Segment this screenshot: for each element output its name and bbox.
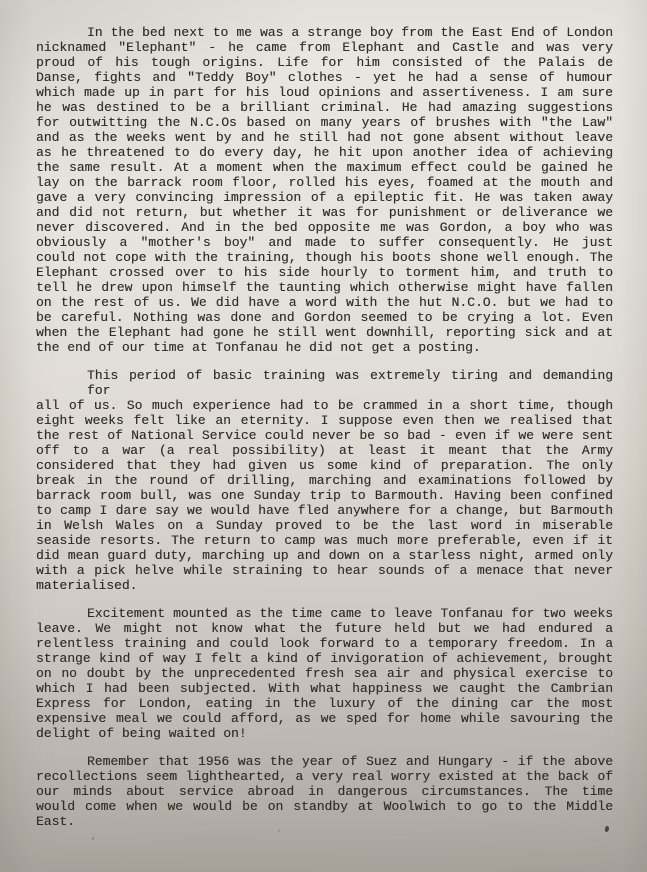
text-line: for outwitting the N.C.Os based on many … (36, 115, 613, 130)
text-line: Express for London, eating in the luxury… (36, 696, 613, 711)
text-line: the same result. At a moment when the ma… (36, 160, 613, 175)
text-line: be careful. Nothing was done and Gordon … (36, 310, 613, 325)
typewritten-text: In the bed next to me was a strange boy … (36, 25, 613, 829)
text-line: relentless training and could look forwa… (36, 636, 613, 651)
text-line: the rest of National Service could never… (36, 428, 613, 443)
text-line: as he threatened to do every day, he hit… (36, 145, 613, 160)
paragraph: Remember that 1956 was the year of Suez … (36, 754, 613, 829)
text-line: which made up in part for his loud opini… (36, 85, 613, 100)
text-line: leave. We might not know what the future… (36, 621, 613, 636)
text-line: to camp I dare say we would have fled an… (36, 503, 613, 518)
text-line: in Welsh Wales on a Sunday proved to be … (36, 518, 613, 533)
text-line: break in the round of drilling, marching… (36, 473, 613, 488)
text-line: on the rest of us. We did have a word wi… (36, 295, 613, 310)
text-line: considered that they had given us some k… (36, 458, 613, 473)
text-line: seaside resorts. The return to camp was … (36, 533, 613, 548)
text-line: could not cope with the training, though… (36, 250, 613, 265)
text-line: delight of being waited on! (36, 726, 613, 741)
text-line: on no doubt by the unprecedented fresh s… (36, 666, 613, 681)
text-line: Elephant crossed over to his side hourly… (36, 265, 613, 280)
text-line: when the Elephant had gone he still went… (36, 325, 613, 340)
text-line: eight weeks felt like an eternity. I sup… (36, 413, 613, 428)
text-line: recollections seem lighthearted, a very … (36, 769, 613, 784)
ink-speck (92, 837, 94, 840)
text-line: which I had been subjected. With what ha… (36, 681, 613, 696)
text-line: lay on the barrack room floor, rolled hi… (36, 175, 613, 190)
ink-speck (278, 829, 280, 832)
text-line: This period of basic training was extrem… (36, 368, 613, 398)
text-line: gave a very convincing impression of a e… (36, 190, 613, 205)
text-line: barrack room bull, was one Sunday trip t… (36, 488, 613, 503)
text-line: never discovered. And in the bed opposit… (36, 220, 613, 235)
document-page: In the bed next to me was a strange boy … (0, 0, 647, 872)
text-line: obviously a "mother's boy" and made to s… (36, 235, 613, 250)
text-line: nicknamed "Elephant" - he came from Elep… (36, 40, 613, 55)
text-line: all of us. So much experience had to be … (36, 398, 613, 413)
text-line: materialised. (36, 578, 613, 593)
text-line: Remember that 1956 was the year of Suez … (36, 754, 613, 769)
text-line: Excitement mounted as the time came to l… (36, 606, 613, 621)
paragraph: Excitement mounted as the time came to l… (36, 606, 613, 741)
text-line: tell he drew upon himself the taunting w… (36, 280, 613, 295)
text-line: the end of our time at Tonfanau he did n… (36, 340, 613, 355)
text-line: did mean guard duty, marching up and dow… (36, 548, 613, 563)
text-line: and did not return, but whether it was f… (36, 205, 613, 220)
text-line: he was destined to be a brilliant crimin… (36, 100, 613, 115)
text-line: our minds about service abroad in danger… (36, 784, 613, 799)
text-line: East. (36, 814, 613, 829)
paragraph: In the bed next to me was a strange boy … (36, 25, 613, 355)
text-line: proud of his tough origins. Life for him… (36, 55, 613, 70)
text-line: Danse, fights and "Teddy Boy" clothes - … (36, 70, 613, 85)
text-line: would come when we would be on standby a… (36, 799, 613, 814)
paragraph: This period of basic training was extrem… (36, 368, 613, 593)
text-line: expensive meal we could afford, as we sp… (36, 711, 613, 726)
text-line: off to a war (a real possibility) at lea… (36, 443, 613, 458)
text-line: with a pick helve while straining to hea… (36, 563, 613, 578)
text-line: and as the weeks went by and he still ha… (36, 130, 613, 145)
text-line: In the bed next to me was a strange boy … (36, 25, 613, 40)
text-line: strange kind of way I felt a kind of inv… (36, 651, 613, 666)
